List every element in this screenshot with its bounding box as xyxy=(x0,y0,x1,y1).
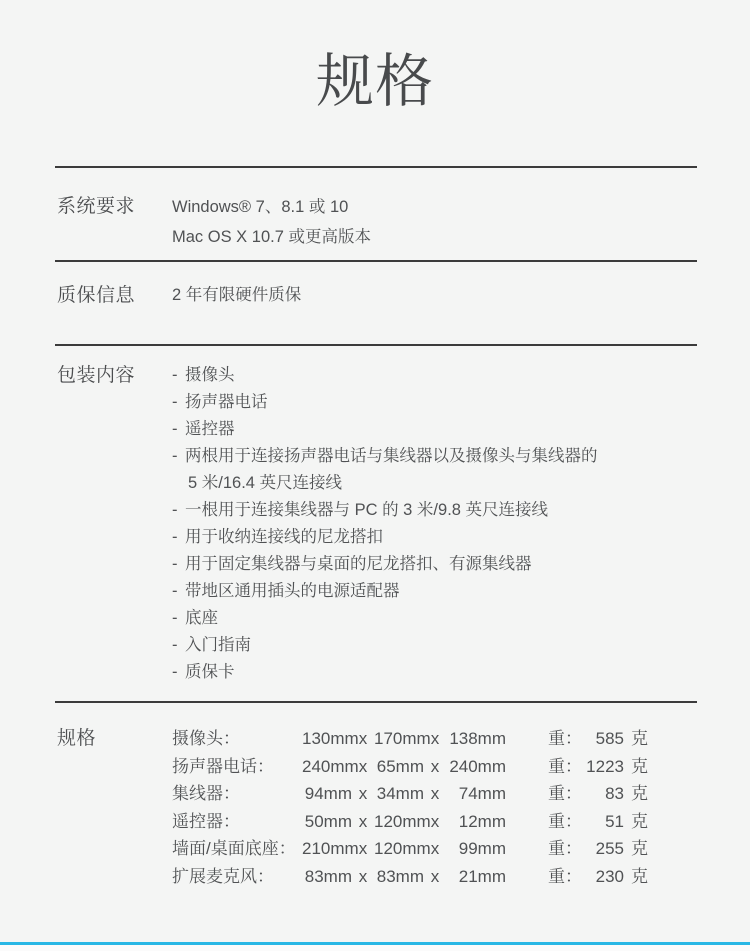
system-requirements-label: 系统要求 xyxy=(57,192,172,222)
list-item: -质保卡 xyxy=(172,659,710,686)
spec-row: 集线器： 94mm x 34mm x 74mm 重： 83 克 xyxy=(172,780,710,808)
weight-unit: 克 xyxy=(631,863,648,891)
dimension-depth: 240mm xyxy=(446,753,506,781)
list-bullet: - xyxy=(172,497,185,524)
dimension-separator: x xyxy=(424,863,446,891)
product-part-name: 扬声器电话： xyxy=(172,753,302,781)
dimension-width: 240mm xyxy=(302,753,352,781)
dimension-separator: x xyxy=(352,808,374,836)
dimension-height: 120mm xyxy=(374,808,424,836)
list-item: -遥控器 xyxy=(172,416,710,443)
dimension-separator: x xyxy=(424,725,446,753)
weight-value: 83 xyxy=(586,780,624,808)
weight-value: 230 xyxy=(586,863,624,891)
dimension-depth: 74mm xyxy=(446,780,506,808)
weight-value: 255 xyxy=(586,835,624,863)
list-item-text: 5 米/16.4 英尺连接线 xyxy=(185,470,342,497)
dimension-width: 130mm xyxy=(302,725,352,753)
weight-label: 重： xyxy=(548,780,586,808)
dimension-depth: 138mm xyxy=(446,725,506,753)
list-item-text: 遥控器 xyxy=(185,416,235,443)
warranty-label: 质保信息 xyxy=(57,282,172,309)
section-package-contents: 包装内容 -摄像头 -扬声器电话 -遥控器 -两根用于连接扬声器电话与集线器以及… xyxy=(0,346,750,701)
spec-row: 扩展麦克风： 83mm x 83mm x 21mm 重： 230 克 xyxy=(172,863,710,891)
list-item: -底座 xyxy=(172,605,710,632)
list-item: -入门指南 xyxy=(172,632,710,659)
dimension-height: 170mm xyxy=(374,725,424,753)
dimension-separator: x xyxy=(424,835,446,863)
spec-sheet-page: 规格 系统要求 Windows® 7、8.1 或 10 Mac OS X 10.… xyxy=(0,0,750,951)
list-bullet: - xyxy=(172,659,185,686)
list-item-text: 用于收纳连接线的尼龙搭扣 xyxy=(185,524,383,551)
spec-row: 遥控器： 50mm x 120mm x 12mm 重： 51 克 xyxy=(172,808,710,836)
weight-label: 重： xyxy=(548,863,586,891)
weight-unit: 克 xyxy=(631,808,648,836)
list-item-text: 底座 xyxy=(185,605,218,632)
dimension-height: 120mm xyxy=(374,835,424,863)
dimension-separator: x xyxy=(424,808,446,836)
dimension-width: 83mm xyxy=(302,863,352,891)
weight-unit: 克 xyxy=(631,725,648,753)
dimension-separator: x xyxy=(424,780,446,808)
product-part-name: 集线器： xyxy=(172,780,302,808)
list-item-text: 扬声器电话 xyxy=(185,389,268,416)
product-part-name: 摄像头： xyxy=(172,725,302,753)
list-bullet: - xyxy=(172,551,185,578)
system-requirements-body: Windows® 7、8.1 或 10 Mac OS X 10.7 或更高版本 xyxy=(172,192,710,252)
product-part-name: 墙面/桌面底座： xyxy=(172,835,302,863)
list-bullet: - xyxy=(172,443,185,470)
list-item: -两根用于连接扬声器电话与集线器以及摄像头与集线器的 xyxy=(172,443,710,470)
footer-strip xyxy=(0,945,750,951)
dimension-width: 210mm xyxy=(302,835,352,863)
list-item: -带地区通用插头的电源适配器 xyxy=(172,578,710,605)
dimensions-table: 摄像头： 130mm x 170mm x 138mm 重： 585 克 扬声器电… xyxy=(172,725,710,890)
system-requirement-line: Mac OS X 10.7 或更高版本 xyxy=(172,222,710,252)
list-item-text: 带地区通用插头的电源适配器 xyxy=(185,578,400,605)
list-item: -一根用于连接集线器与 PC 的 3 米/9.8 英尺连接线 xyxy=(172,497,710,524)
list-item-text: 一根用于连接集线器与 PC 的 3 米/9.8 英尺连接线 xyxy=(185,497,548,524)
list-bullet: - xyxy=(172,605,185,632)
weight-unit: 克 xyxy=(631,835,648,863)
weight-label: 重： xyxy=(548,808,586,836)
list-item: -摄像头 xyxy=(172,362,710,389)
dimension-depth: 21mm xyxy=(446,863,506,891)
dimension-separator: x xyxy=(352,863,374,891)
dimension-width: 50mm xyxy=(302,808,352,836)
weight-value: 51 xyxy=(586,808,624,836)
list-item: -用于固定集线器与桌面的尼龙搭扣、有源集线器 xyxy=(172,551,710,578)
weight-unit: 克 xyxy=(631,753,648,781)
list-item-text: 两根用于连接扬声器电话与集线器以及摄像头与集线器的 xyxy=(185,443,598,470)
weight-label: 重： xyxy=(548,725,586,753)
dimension-separator: x xyxy=(352,835,374,863)
dimension-width: 94mm xyxy=(302,780,352,808)
list-bullet: - xyxy=(172,524,185,551)
dimension-depth: 12mm xyxy=(446,808,506,836)
weight-label: 重： xyxy=(548,835,586,863)
system-requirement-line: Windows® 7、8.1 或 10 xyxy=(172,192,710,222)
section-warranty: 质保信息 2 年有限硬件质保 xyxy=(0,262,750,344)
product-part-name: 扩展麦克风： xyxy=(172,863,302,891)
list-item-text: 摄像头 xyxy=(185,362,235,389)
weight-value: 1223 xyxy=(586,753,624,781)
page-title: 规格 xyxy=(0,0,750,126)
dimension-height: 83mm xyxy=(374,863,424,891)
package-contents-label: 包装内容 xyxy=(57,362,172,389)
list-bullet: - xyxy=(172,362,185,389)
list-bullet: - xyxy=(172,578,185,605)
dimension-separator: x xyxy=(352,753,374,781)
dimension-height: 34mm xyxy=(374,780,424,808)
dimension-separator: x xyxy=(352,780,374,808)
list-bullet: - xyxy=(172,389,185,416)
spec-row: 墙面/桌面底座： 210mm x 120mm x 99mm 重： 255 克 xyxy=(172,835,710,863)
weight-value: 585 xyxy=(586,725,624,753)
dimension-depth: 99mm xyxy=(446,835,506,863)
weight-label: 重： xyxy=(548,753,586,781)
list-item-text: 入门指南 xyxy=(185,632,251,659)
list-bullet: - xyxy=(172,632,185,659)
dimension-separator: x xyxy=(352,725,374,753)
list-item: -扬声器电话 xyxy=(172,389,710,416)
list-bullet: - xyxy=(172,416,185,443)
list-bullet xyxy=(172,470,185,497)
weight-unit: 克 xyxy=(631,780,648,808)
product-part-name: 遥控器： xyxy=(172,808,302,836)
spacer xyxy=(0,126,750,166)
dimension-height: 65mm xyxy=(374,753,424,781)
list-item-text: 用于固定集线器与桌面的尼龙搭扣、有源集线器 xyxy=(185,551,532,578)
dimension-separator: x xyxy=(424,753,446,781)
dimensions-label: 规格 xyxy=(57,725,172,752)
list-item: -用于收纳连接线的尼龙搭扣 xyxy=(172,524,710,551)
spec-row: 扬声器电话： 240mm x 65mm x 240mm 重： 1223 克 xyxy=(172,753,710,781)
section-system-requirements: 系统要求 Windows® 7、8.1 或 10 Mac OS X 10.7 或… xyxy=(0,168,750,260)
section-dimensions: 规格 摄像头： 130mm x 170mm x 138mm 重： 585 克 扬… xyxy=(0,703,750,890)
warranty-text: 2 年有限硬件质保 xyxy=(172,282,710,309)
list-item-text: 质保卡 xyxy=(185,659,235,686)
spec-row: 摄像头： 130mm x 170mm x 138mm 重： 585 克 xyxy=(172,725,710,753)
package-list: -摄像头 -扬声器电话 -遥控器 -两根用于连接扬声器电话与集线器以及摄像头与集… xyxy=(172,362,710,686)
list-item-continuation: 5 米/16.4 英尺连接线 xyxy=(172,470,710,497)
package-contents-body: -摄像头 -扬声器电话 -遥控器 -两根用于连接扬声器电话与集线器以及摄像头与集… xyxy=(172,362,710,686)
